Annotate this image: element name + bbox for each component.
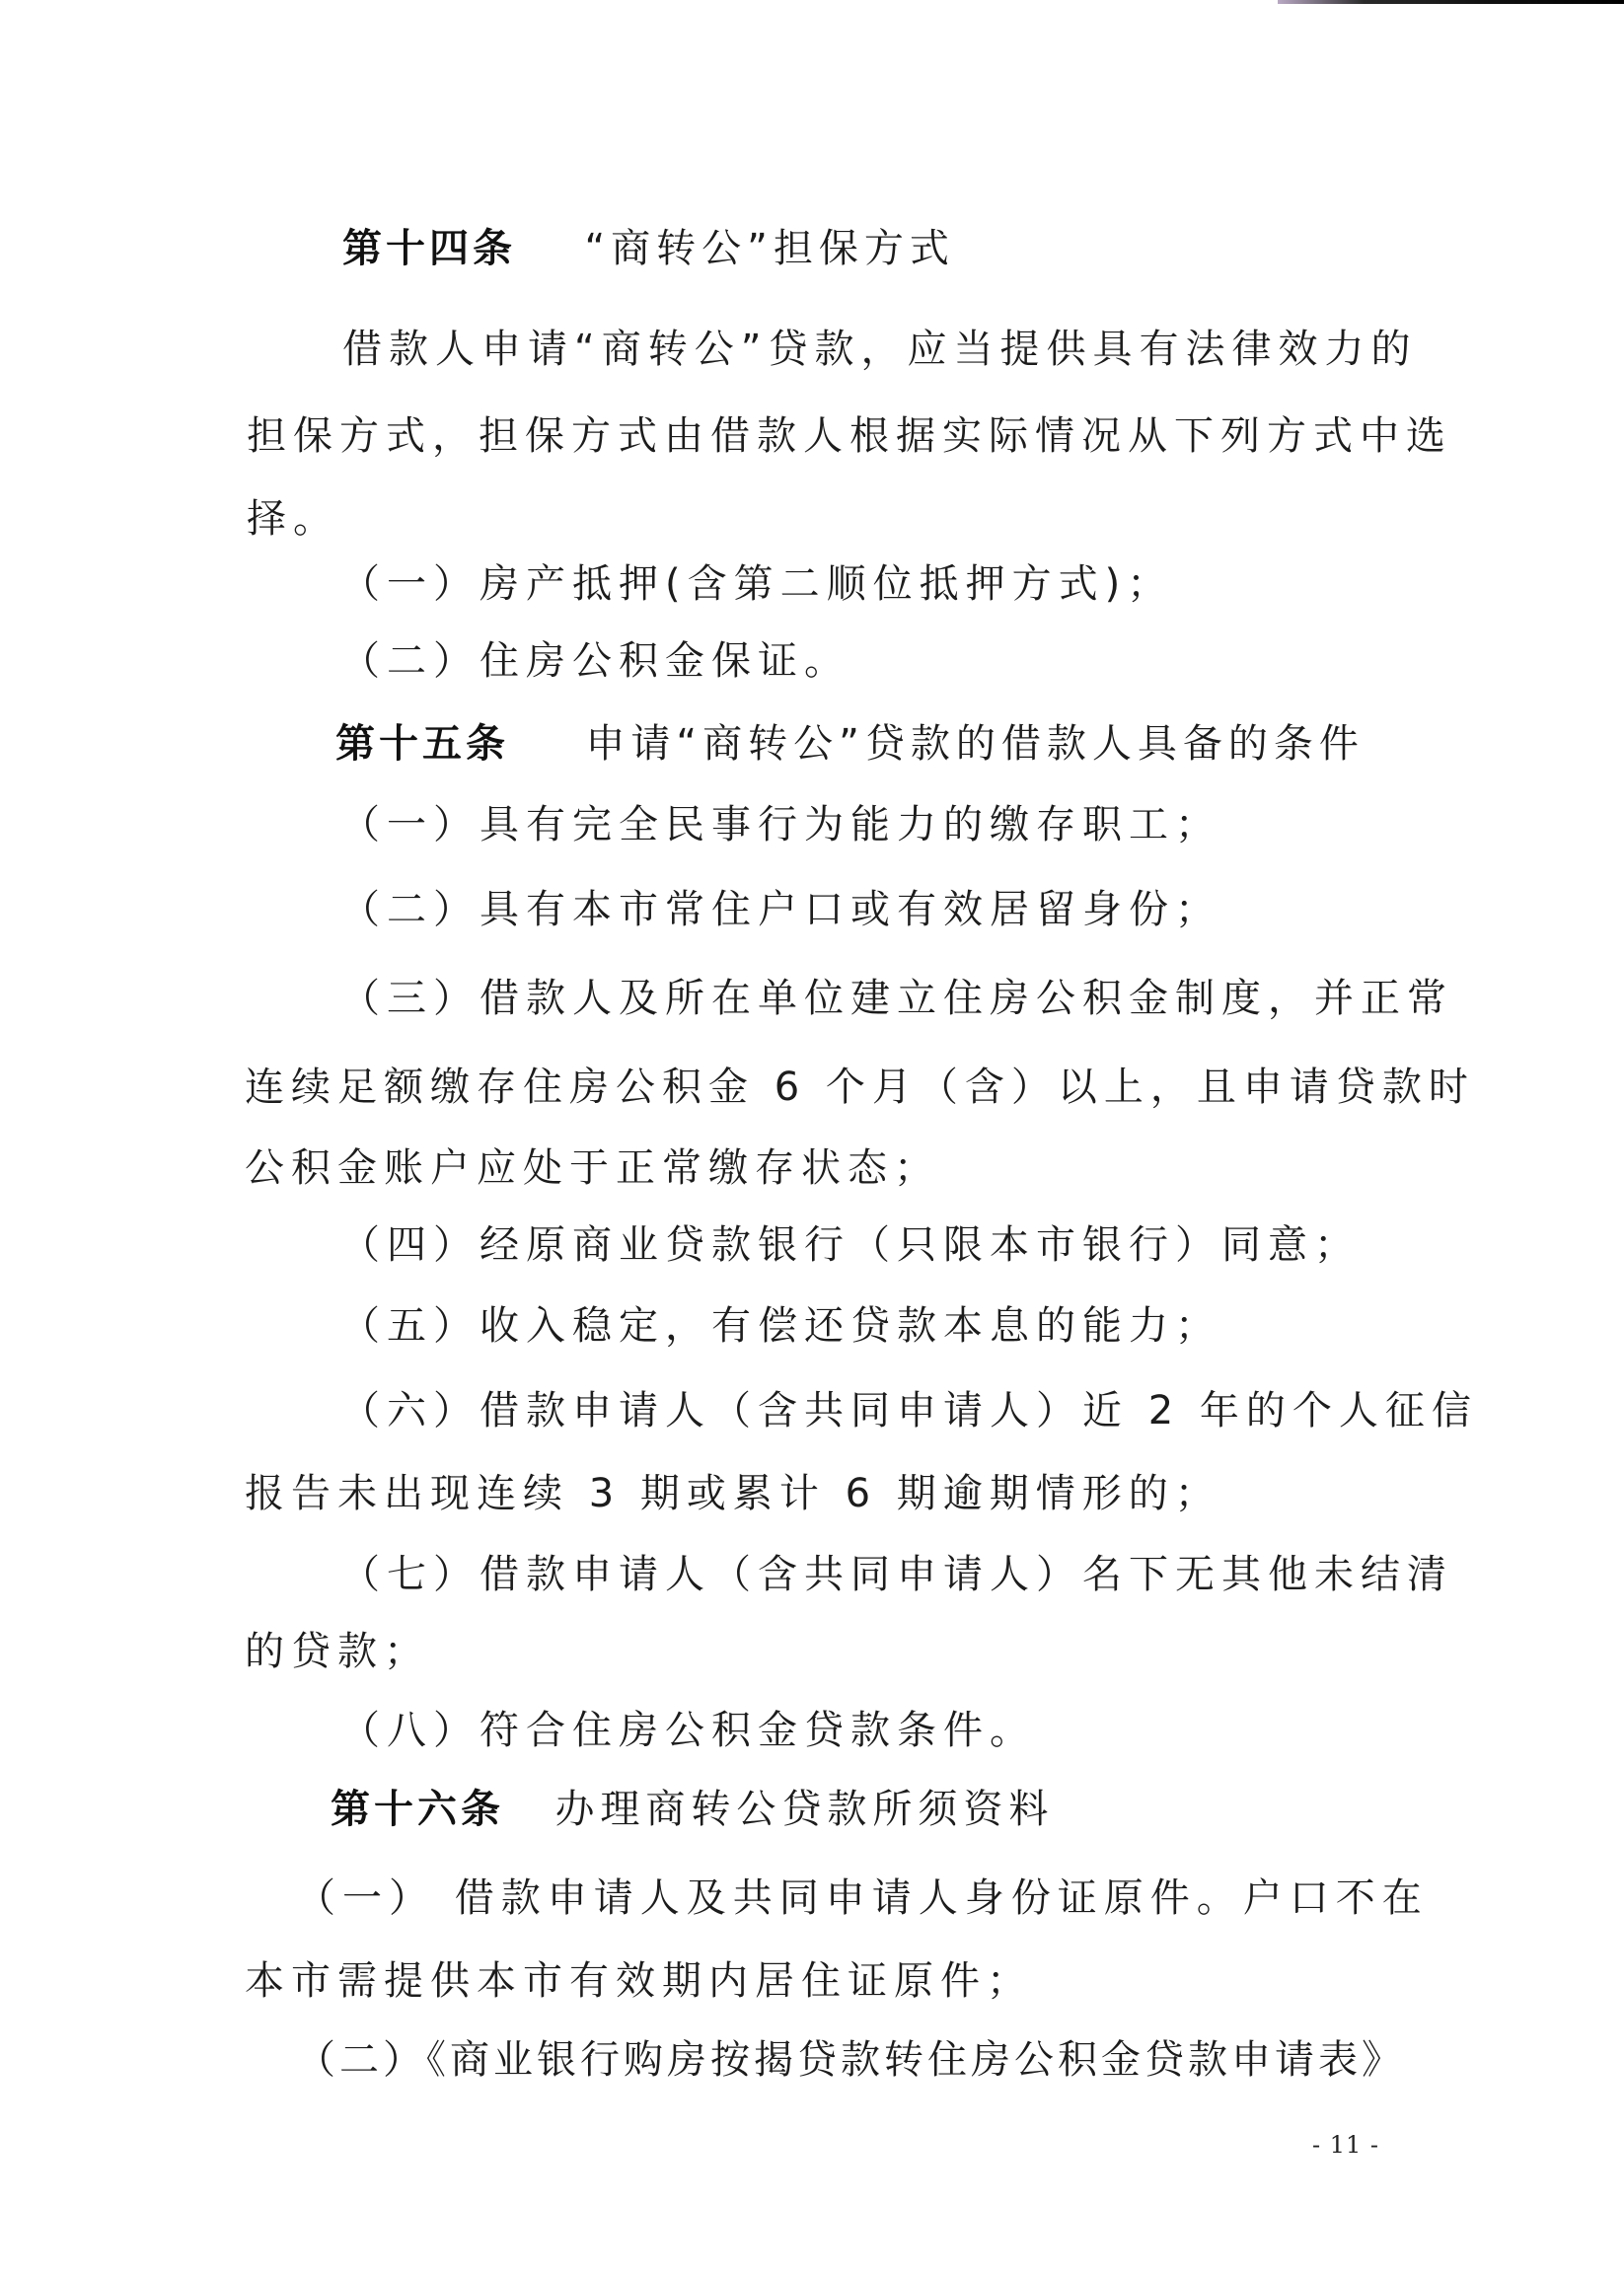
paragraph-line: 公积金账户应处于正常缴存状态； — [245, 1144, 940, 1192]
article-16-heading: 第十六条 办理商转公贷款所须资料 — [331, 1786, 1054, 1833]
paragraph-line: 本市需提供本市有效期内居住证原件； — [245, 1957, 1033, 2005]
article-14-heading: 第十四条 “商转公”担保方式 — [342, 225, 955, 272]
paragraph-line: 择。 — [247, 495, 339, 543]
article-14-number: 第十四条 — [342, 226, 516, 271]
list-item: （一） 借款申请人及共同申请人身份证原件。户口不在 — [296, 1874, 1429, 1922]
list-item: （六）借款申请人（含共同申请人）近 2 年的个人征信 — [340, 1387, 1478, 1434]
article-15-title: 申请“商转公”贷款的借款人具备的条件 — [585, 721, 1364, 767]
list-item: （七）借款申请人（含共同申请人）名下无其他未结清 — [340, 1551, 1453, 1598]
list-item: （八）符合住房公积金贷款条件。 — [340, 1707, 1036, 1754]
list-item: （三）借款人及所在单位建立住房公积金制度，并正常 — [340, 975, 1453, 1022]
list-item: （一）房产抵押(含第二顺位抵押方式)； — [340, 560, 1173, 608]
paragraph-line: 的贷款； — [245, 1628, 430, 1675]
article-14-title: “商转公”担保方式 — [584, 226, 954, 271]
article-15-number: 第十五条 — [335, 721, 509, 767]
paragraph-line: 借款人申请“商转公”贷款，应当提供具有法律效力的 — [342, 326, 1417, 373]
list-item: （一）具有完全民事行为能力的缴存职工； — [340, 801, 1221, 848]
list-item: （二）住房公积金保证。 — [340, 637, 850, 685]
page-number: - 11 - — [1312, 2131, 1379, 2159]
article-15-heading: 第十五条 申请“商转公”贷款的借款人具备的条件 — [335, 720, 1365, 768]
article-16-title: 办理商转公贷款所须资料 — [554, 1787, 1054, 1832]
list-item: （四）经原商业贷款银行（只限本市银行）同意； — [340, 1221, 1361, 1269]
list-item: （五）收入稳定，有偿还贷款本息的能力； — [340, 1302, 1221, 1350]
article-16-number: 第十六条 — [331, 1787, 504, 1832]
paragraph-line: 担保方式，担保方式由借款人根据实际情况从下列方式中选 — [247, 412, 1452, 460]
paragraph-line: 报告未出现连续 3 期或累计 6 期逾期情形的； — [245, 1470, 1221, 1517]
document-page: 第十四条 “商转公”担保方式 借款人申请“商转公”贷款，应当提供具有法律效力的 … — [0, 0, 1624, 2277]
paragraph-line: 连续足额缴存住房公积金 6 个月（含）以上，且申请贷款时 — [245, 1064, 1475, 1111]
list-item: （二）《商业银行购房按揭贷款转住房公积金贷款申请表》 — [296, 2036, 1405, 2084]
list-item: （二）具有本市常住户口或有效居留身份； — [340, 886, 1221, 933]
